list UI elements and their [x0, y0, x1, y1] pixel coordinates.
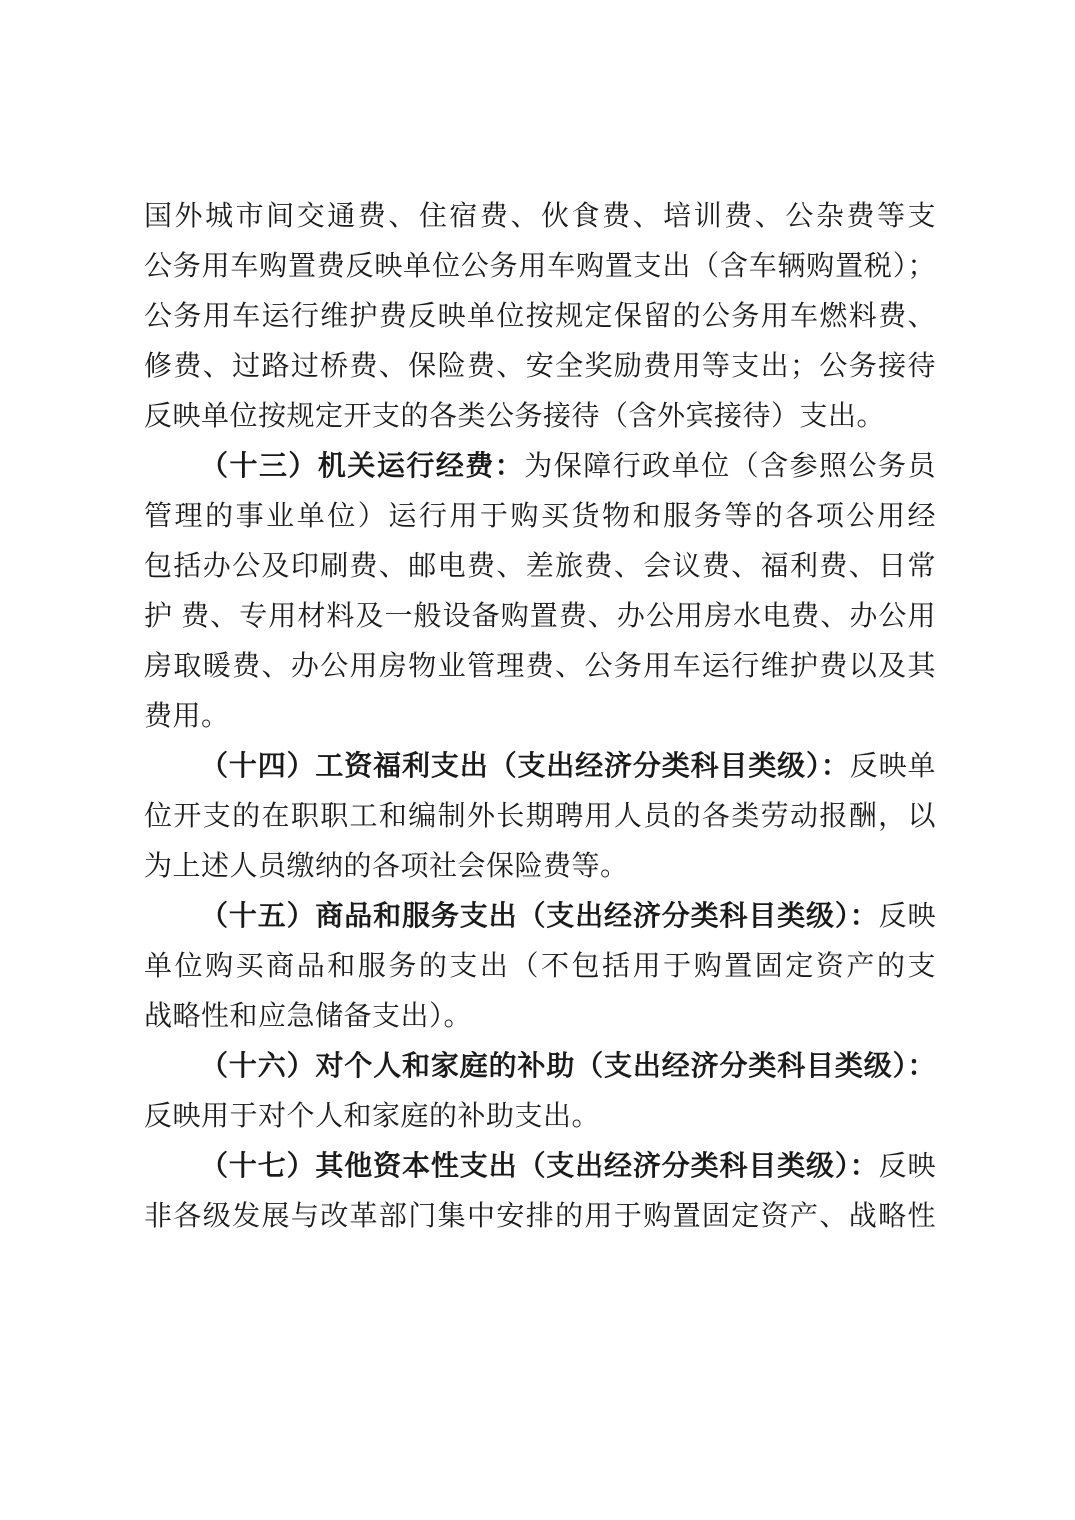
body-text: 费用。 — [144, 701, 230, 732]
body-text: 单位购买商品和服务的支出（不包括用于购置固定资产的支出、 — [144, 951, 936, 992]
body-text: 房取暖费、办公用房物业管理费、公务用车运行维护费以及其他 — [144, 651, 936, 692]
body-text: 管理的事业单位）运行用于购买货物和服务等的各项公用经费， — [144, 501, 936, 542]
text-line: 包括办公及印刷费、邮电费、差旅费、会议费、福利费、日常维 — [144, 542, 936, 592]
body-text: 修费、过路过桥费、保险费、安全奖励费用等支出；公务接待费 — [144, 351, 936, 392]
section-heading-text: （十七）其他资本性支出（支出经济分类科目类级）： — [200, 1151, 879, 1182]
section-heading-text: （十六）对个人和家庭的补助（支出经济分类科目类级）： — [200, 1051, 936, 1082]
text-line: 护 费、专用材料及一般设备购置费、办公用房水电费、办公用 — [144, 592, 936, 642]
text-line: （十五）商品和服务支出（支出经济分类科目类级）：反映 — [144, 892, 936, 942]
body-text: 位开支的在职职工和编制外长期聘用人员的各类劳动报酬，以及 — [144, 801, 936, 842]
text-line: 战略性和应急储备支出）。 — [144, 992, 936, 1042]
text-line: 房取暖费、办公用房物业管理费、公务用车运行维护费以及其他 — [144, 642, 936, 692]
text-line: 位开支的在职职工和编制外长期聘用人员的各类劳动报酬，以及 — [144, 792, 936, 842]
body-text: 战略性和应急储备支出）。 — [144, 1001, 472, 1032]
body-text: 为上述人员缴纳的各项社会保险费等。 — [144, 851, 629, 882]
section-heading-text: （十三）机关运行经费： — [200, 451, 524, 482]
text-line: （十三）机关运行经费：为保障行政单位（含参照公务员法 — [144, 442, 936, 492]
body-text: 反映单 — [850, 751, 936, 782]
text-line: 单位购买商品和服务的支出（不包括用于购置固定资产的支出、 — [144, 942, 936, 992]
body-text: 反映用于对个人和家庭的补助支出。 — [144, 1101, 600, 1132]
text-line: 管理的事业单位）运行用于购买货物和服务等的各项公用经费， — [144, 492, 936, 542]
text-line: 反映用于对个人和家庭的补助支出。 — [144, 1092, 936, 1142]
text-line: 修费、过路过桥费、保险费、安全奖励费用等支出；公务接待费 — [144, 342, 936, 392]
text-line: 公务用车购置费反映单位公务用车购置支出（含车辆购置税）； — [144, 242, 936, 292]
body-text: 护 费、专用材料及一般设备购置费、办公用房水电费、办公用 — [144, 601, 936, 632]
text-line: 费用。 — [144, 692, 936, 742]
document-page: 国外城市间交通费、住宿费、伙食费、培训费、公杂费等支出；公务用车购置费反映单位公… — [0, 0, 1075, 1520]
text-line: 公务用车运行维护费反映单位按规定保留的公务用车燃料费、维 — [144, 292, 936, 342]
body-text: 公务用车运行维护费反映单位按规定保留的公务用车燃料费、维 — [144, 301, 936, 342]
body-text: 公务用车购置费反映单位公务用车购置支出（含车辆购置税）； — [144, 251, 936, 282]
body-text: 包括办公及印刷费、邮电费、差旅费、会议费、福利费、日常维 — [144, 551, 936, 592]
text-line: 国外城市间交通费、住宿费、伙食费、培训费、公杂费等支出； — [144, 192, 936, 242]
text-line: 为上述人员缴纳的各项社会保险费等。 — [144, 842, 936, 892]
body-text: 国外城市间交通费、住宿费、伙食费、培训费、公杂费等支出； — [144, 201, 936, 242]
body-text: 反映 — [879, 901, 936, 932]
body-text: 非各级发展与改革部门集中安排的用于购置固定资产、战略性和 — [144, 1201, 936, 1242]
text-line: 反映单位按规定开支的各类公务接待（含外宾接待）支出。 — [144, 392, 936, 442]
text-line: （十六）对个人和家庭的补助（支出经济分类科目类级）： — [144, 1042, 936, 1092]
document-body: 国外城市间交通费、住宿费、伙食费、培训费、公杂费等支出；公务用车购置费反映单位公… — [144, 192, 936, 1242]
text-line: 非各级发展与改革部门集中安排的用于购置固定资产、战略性和 — [144, 1192, 936, 1242]
text-line: （十四）工资福利支出（支出经济分类科目类级）：反映单 — [144, 742, 936, 792]
body-text: 反映单位按规定开支的各类公务接待（含外宾接待）支出。 — [144, 401, 885, 432]
section-heading-text: （十五）商品和服务支出（支出经济分类科目类级）： — [200, 901, 879, 932]
text-line: （十七）其他资本性支出（支出经济分类科目类级）：反映 — [144, 1142, 936, 1192]
body-text: 反映 — [879, 1151, 936, 1182]
section-heading-text: （十四）工资福利支出（支出经济分类科目类级）： — [200, 751, 850, 782]
